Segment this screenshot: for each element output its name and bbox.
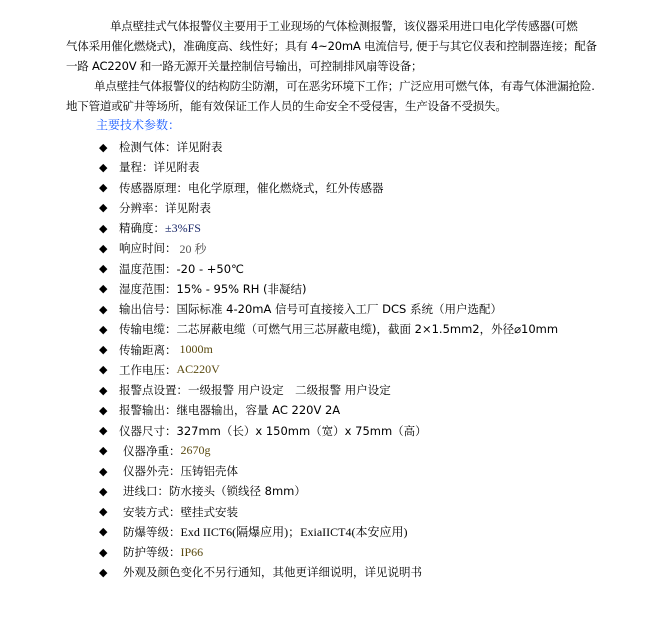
- intro-paragraph-1: 单点壁挂式气体报警仪主要用于工业现场的气体检测报警，该仪器采用进口电化学传感器(…: [66, 16, 611, 76]
- spec-list: ◆ 检测气体：详见附表 ◆ 量程：详见附表 ◆ 传感器原理：电化学原理，催化燃烧…: [99, 137, 558, 583]
- diamond-bullet-icon: ◆: [99, 385, 109, 396]
- spec-item-transmission-distance: ◆ 传输距离： 1000m: [99, 340, 558, 360]
- spec-label: 精确度: [119, 220, 154, 236]
- diamond-bullet-icon: ◆: [99, 304, 109, 315]
- spec-label: 仪器净重: [123, 443, 169, 459]
- spec-item-alarm-output: ◆ 报警输出：继电器输出，容量 AC 220V 2A: [99, 400, 558, 420]
- spec-label: 仪器外壳: [123, 463, 169, 479]
- spec-label: 工作电压: [119, 362, 165, 378]
- spec-label: 传感器原理: [119, 180, 177, 196]
- spec-value: 防水接头（锁线径 8mm）: [169, 483, 306, 499]
- spec-item-notice: ◆ 外观及颜色变化不另行通知，其他更详细说明，详见说明书: [99, 562, 558, 582]
- diamond-bullet-icon: ◆: [99, 162, 109, 173]
- spec-label: 分辨率: [119, 200, 154, 216]
- spec-separator: ：: [165, 342, 177, 358]
- spec-separator: ：: [165, 402, 177, 418]
- spec-separator: ：: [169, 524, 181, 540]
- spec-value: IP66: [181, 545, 204, 560]
- spec-separator: ：: [169, 463, 181, 479]
- spec-item-detected-gas: ◆ 检测气体：详见附表: [99, 137, 558, 157]
- diamond-bullet-icon: ◆: [99, 142, 109, 153]
- spec-value: 压铸铝壳体: [181, 463, 239, 479]
- spec-value: 2670g: [181, 443, 211, 458]
- spec-separator: ：: [165, 139, 177, 155]
- diamond-bullet-icon: ◆: [99, 445, 109, 456]
- spec-separator: ：: [169, 544, 181, 560]
- spec-separator: ：: [165, 240, 177, 256]
- spec-label: 安装方式: [123, 504, 169, 520]
- diamond-bullet-icon: ◆: [99, 364, 109, 375]
- spec-separator: ：: [165, 301, 177, 317]
- spec-separator: ：: [154, 200, 166, 216]
- diamond-bullet-icon: ◆: [99, 526, 109, 537]
- spec-label: 传输距离: [119, 342, 165, 358]
- diamond-bullet-icon: ◆: [99, 283, 109, 294]
- spec-item-resolution: ◆ 分辨率：详见附表: [99, 198, 558, 218]
- spec-value: 电化学原理，催化燃烧式，红外传感器: [188, 180, 384, 196]
- spec-item-housing: ◆ 仪器外壳：压铸铝壳体: [99, 461, 558, 481]
- spec-value: -20 - +50℃: [177, 262, 244, 276]
- intro-p2-line-1: 单点壁挂气体报警仪的结构防尘防潮，可在恶劣环境下工作；广泛应用可燃气体，有毒气体…: [94, 79, 595, 93]
- intro-section: 单点壁挂式气体报警仪主要用于工业现场的气体检测报警，该仪器采用进口电化学传感器(…: [66, 16, 611, 116]
- diamond-bullet-icon: ◆: [99, 263, 109, 274]
- diamond-bullet-icon: ◆: [99, 324, 109, 335]
- spec-value: 详见附表: [165, 200, 211, 216]
- spec-value: AC220V: [177, 362, 220, 377]
- product-spec-document: 单点壁挂式气体报警仪主要用于工业现场的气体检测报警，该仪器采用进口电化学传感器(…: [0, 0, 672, 623]
- spec-label: 仪器尺寸: [119, 423, 165, 439]
- spec-label: 防护等级: [123, 544, 169, 560]
- diamond-bullet-icon: ◆: [99, 425, 109, 436]
- spec-value: 二芯屏蔽电缆（可燃气用三芯屏蔽电缆)，截面 2×1.5mm2，外径⌀10mm: [177, 321, 559, 337]
- spec-value: 327mm（长）x 150mm（宽）x 75mm（高）: [177, 423, 427, 439]
- spec-item-working-voltage: ◆ 工作电压：AC220V: [99, 360, 558, 380]
- spec-label: 温度范围: [119, 261, 165, 277]
- spec-separator: ：: [165, 423, 177, 439]
- spec-separator: ：: [177, 180, 189, 196]
- spec-item-dimensions: ◆ 仪器尺寸：327mm（长）x 150mm（宽）x 75mm（高）: [99, 421, 558, 441]
- diamond-bullet-icon: ◆: [99, 223, 109, 234]
- spec-value: 详见附表: [154, 159, 200, 175]
- spec-item-output-signal: ◆ 输出信号：国际标准 4-20mA 信号可直接接入工厂 DCS 系统（用户选配…: [99, 299, 558, 319]
- intro-paragraph-2: 单点壁挂气体报警仪的结构防尘防潮，可在恶劣环境下工作；广泛应用可燃气体，有毒气体…: [66, 76, 611, 116]
- spec-item-cable-inlet: ◆ 进线口：防水接头（锁线径 8mm）: [99, 481, 558, 501]
- diamond-bullet-icon: ◆: [99, 344, 109, 355]
- spec-value: 20 秒: [177, 240, 207, 257]
- spec-value: 15% - 95% RH (非凝结): [177, 281, 307, 297]
- spec-item-alarm-setpoint: ◆ 报警点设置：一级报警 用户设定 二级报警 用户设定: [99, 380, 558, 400]
- spec-separator: ：: [142, 159, 154, 175]
- spec-separator: ：: [165, 281, 177, 297]
- spec-value: 详见附表: [177, 139, 223, 155]
- spec-label: 量程: [119, 159, 142, 175]
- spec-separator: ：: [165, 261, 177, 277]
- intro-p1-line-2: 气体采用催化燃烧式)，准确度高、线性好；具有 4~20mA 电流信号, 便于与其…: [66, 39, 597, 53]
- spec-label: 湿度范围: [119, 281, 165, 297]
- specs-heading: 主要技术参数：: [96, 116, 180, 134]
- spec-item-explosion-proof: ◆ 防爆等级：Exd IICT6(隔爆应用)；ExiaIICT4(本安应用): [99, 522, 558, 542]
- intro-p1-line-3: 一路 AC220V 和一路无源开关量控制信号输出，可控制排风扇等设备；: [66, 59, 422, 73]
- spec-value: 继电器输出，容量 AC 220V 2A: [177, 402, 341, 418]
- spec-separator: ：: [158, 483, 170, 499]
- spec-separator: ：: [169, 443, 181, 459]
- spec-value: 壁挂式安装: [181, 504, 239, 520]
- diamond-bullet-icon: ◆: [99, 567, 109, 578]
- intro-p1-line-1: 单点壁挂式气体报警仪主要用于工业现场的气体检测报警，该仪器采用进口电化学传感器(…: [110, 19, 578, 33]
- spec-label: 响应时间: [119, 240, 165, 256]
- spec-value: 一级报警 用户设定 二级报警 用户设定: [188, 382, 391, 398]
- spec-label: 输出信号: [119, 301, 165, 317]
- diamond-bullet-icon: ◆: [99, 182, 109, 193]
- spec-notice-text: 外观及颜色变化不另行通知，其他更详细说明，详见说明书: [123, 564, 422, 580]
- spec-item-transmission-cable: ◆ 传输电缆：二芯屏蔽电缆（可燃气用三芯屏蔽电缆)，截面 2×1.5mm2，外径…: [99, 319, 558, 339]
- spec-item-accuracy: ◆ 精确度：±3%FS: [99, 218, 558, 238]
- spec-separator: ：: [165, 321, 177, 337]
- spec-separator: ：: [154, 220, 166, 236]
- spec-item-net-weight: ◆ 仪器净重：2670g: [99, 441, 558, 461]
- spec-item-sensor-principle: ◆ 传感器原理：电化学原理，催化燃烧式，红外传感器: [99, 178, 558, 198]
- diamond-bullet-icon: ◆: [99, 202, 109, 213]
- spec-label: 检测气体: [119, 139, 165, 155]
- diamond-bullet-icon: ◆: [99, 547, 109, 558]
- spec-item-range: ◆ 量程：详见附表: [99, 157, 558, 177]
- spec-label: 报警输出: [119, 402, 165, 418]
- spec-value: ±3%FS: [165, 221, 201, 236]
- spec-separator: ：: [169, 504, 181, 520]
- spec-item-protection-grade: ◆ 防护等级：IP66: [99, 542, 558, 562]
- spec-label: 报警点设置: [119, 382, 177, 398]
- spec-item-humidity-range: ◆ 湿度范围：15% - 95% RH (非凝结): [99, 279, 558, 299]
- spec-item-temperature-range: ◆ 温度范围：-20 - +50℃: [99, 259, 558, 279]
- spec-separator: ：: [165, 362, 177, 378]
- intro-p2-line-2: 地下管道或矿井等场所，能有效保证工作人员的生命安全不受侵害，生产设备不受损失。: [66, 99, 507, 113]
- spec-label: 传输电缆: [119, 321, 165, 337]
- diamond-bullet-icon: ◆: [99, 466, 109, 477]
- diamond-bullet-icon: ◆: [99, 486, 109, 497]
- spec-value: 1000m: [177, 342, 213, 357]
- spec-label: 防爆等级: [123, 524, 169, 540]
- diamond-bullet-icon: ◆: [99, 405, 109, 416]
- diamond-bullet-icon: ◆: [99, 506, 109, 517]
- spec-value: Exd IICT6(隔爆应用)；ExiaIICT4(本安应用): [181, 523, 408, 540]
- spec-value: 国际标准 4-20mA 信号可直接接入工厂 DCS 系统（用户选配）: [177, 301, 502, 317]
- spec-item-response-time: ◆ 响应时间： 20 秒: [99, 238, 558, 258]
- spec-item-installation: ◆ 安装方式：壁挂式安装: [99, 502, 558, 522]
- spec-label: 进线口: [123, 483, 158, 499]
- diamond-bullet-icon: ◆: [99, 243, 109, 254]
- spec-separator: ：: [177, 382, 189, 398]
